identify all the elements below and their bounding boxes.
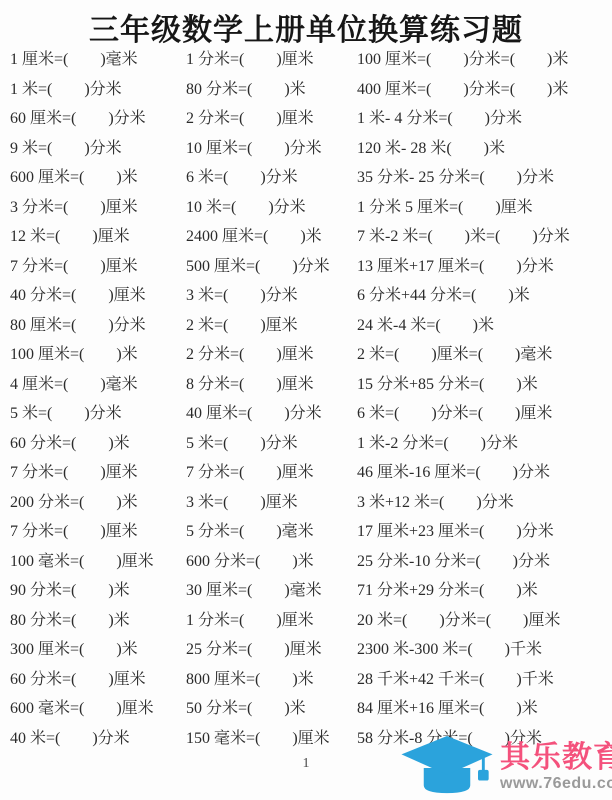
exercise-row: 200 分米=( )米3 米=( )厘米3 米+12 米=( )分米 (10, 486, 610, 516)
exercise-row: 300 厘米=( )米25 分米=( )厘米2300 米-300 米=( )千米 (10, 633, 610, 663)
graduation-cap-icon (398, 735, 496, 797)
exercise-cell: 100 厘米=( )分米=( )米 (357, 46, 610, 69)
exercise-row: 3 分米=( )厘米10 米=( )分米1 分米 5 厘米=( )厘米 (10, 191, 610, 221)
exercise-cell: 60 厘米=( )分米 (10, 105, 186, 128)
exercise-cell: 10 米=( )分米 (186, 194, 357, 217)
exercise-grid: 1 厘米=( )毫米1 分米=( )厘米100 厘米=( )分米=( )米1 米… (10, 43, 610, 751)
exercise-row: 60 分米=( )厘米800 厘米=( )米28 千米+42 千米=( )千米 (10, 663, 610, 693)
exercise-cell: 80 厘米=( )分米 (10, 312, 186, 335)
exercise-cell: 17 厘米+23 厘米=( )分米 (357, 518, 610, 541)
exercise-cell: 40 米=( )分米 (10, 725, 186, 748)
exercise-cell: 3 米+12 米=( )分米 (357, 489, 610, 512)
exercise-cell: 300 厘米=( )米 (10, 636, 186, 659)
exercise-row: 7 分米=( )厘米7 分米=( )厘米46 厘米-16 厘米=( )分米 (10, 456, 610, 486)
exercise-cell: 90 分米=( )米 (10, 577, 186, 600)
exercise-cell: 100 厘米=( )米 (10, 341, 186, 364)
exercise-row: 40 分米=( )厘米3 米=( )分米6 分米+44 分米=( )米 (10, 279, 610, 309)
exercise-cell: 5 米=( )分米 (10, 400, 186, 423)
exercise-row: 7 分米=( )厘米5 分米=( )毫米17 厘米+23 厘米=( )分米 (10, 515, 610, 545)
exercise-cell: 25 分米=( )厘米 (186, 636, 357, 659)
exercise-cell: 12 米=( )厘米 (10, 223, 186, 246)
exercise-cell: 1 米-2 分米=( )分米 (357, 430, 610, 453)
exercise-cell: 6 米=( )分米 (186, 164, 357, 187)
exercise-cell: 400 厘米=( )分米=( )米 (357, 76, 610, 99)
exercise-cell: 1 米=( )分米 (10, 76, 186, 99)
exercise-row: 80 分米=( )米1 分米=( )厘米20 米=( )分米=( )厘米 (10, 604, 610, 634)
exercise-cell: 3 米=( )厘米 (186, 489, 357, 512)
exercise-cell: 60 分米=( )米 (10, 430, 186, 453)
exercise-row: 12 米=( )厘米2400 厘米=( )米7 米-2 米=( )米=( )分米 (10, 220, 610, 250)
exercise-cell: 120 米- 28 米( )米 (357, 135, 610, 158)
exercise-cell: 24 米-4 米=( )米 (357, 312, 610, 335)
exercise-cell: 600 厘米=( )米 (10, 164, 186, 187)
exercise-cell: 80 分米=( )米 (186, 76, 357, 99)
exercise-cell: 25 分米-10 分米=( )分米 (357, 548, 610, 571)
exercise-cell: 6 米=( )分米=( )厘米 (357, 400, 610, 423)
exercise-cell: 7 分米=( )厘米 (10, 518, 186, 541)
exercise-cell: 500 厘米=( )分米 (186, 253, 357, 276)
exercise-cell: 71 分米+29 分米=( )米 (357, 577, 610, 600)
watermark-text: 其乐教育 www.76edu.com (500, 743, 612, 793)
exercise-cell: 200 分米=( )米 (10, 489, 186, 512)
exercise-cell: 7 米-2 米=( )米=( )分米 (357, 223, 610, 246)
exercise-row: 1 厘米=( )毫米1 分米=( )厘米100 厘米=( )分米=( )米 (10, 43, 610, 73)
watermark-brand: 其乐教育 (500, 743, 612, 773)
exercise-cell: 15 分米+85 分米=( )米 (357, 371, 610, 394)
exercise-row: 60 分米=( )米5 米=( )分米1 米-2 分米=( )分米 (10, 427, 610, 457)
watermark-url: www.76edu.com (500, 775, 612, 793)
exercise-cell: 50 分米=( )米 (186, 695, 357, 718)
exercise-cell: 8 分米=( )厘米 (186, 371, 357, 394)
exercise-row: 5 米=( )分米40 厘米=( )分米6 米=( )分米=( )厘米 (10, 397, 610, 427)
exercise-cell: 35 分米- 25 分米=( )分米 (357, 164, 610, 187)
exercise-cell: 1 分米=( )厘米 (186, 46, 357, 69)
exercise-cell: 600 毫米=( )厘米 (10, 695, 186, 718)
exercise-cell: 150 毫米=( )厘米 (186, 725, 357, 748)
exercise-cell: 2400 厘米=( )米 (186, 223, 357, 246)
exercise-cell: 3 米=( )分米 (186, 282, 357, 305)
exercise-row: 100 毫米=( )厘米600 分米=( )米25 分米-10 分米=( )分米 (10, 545, 610, 575)
exercise-row: 7 分米=( )厘米500 厘米=( )分米13 厘米+17 厘米=( )分米 (10, 250, 610, 280)
worksheet-page: 三年级数学上册单位换算练习题 1 厘米=( )毫米1 分米=( )厘米100 厘… (0, 0, 612, 800)
exercise-cell: 6 分米+44 分米=( )米 (357, 282, 610, 305)
exercise-cell: 2 米=( )厘米 (186, 312, 357, 335)
exercise-cell: 20 米=( )分米=( )厘米 (357, 607, 610, 630)
exercise-cell: 10 厘米=( )分米 (186, 135, 357, 158)
exercise-cell: 2300 米-300 米=( )千米 (357, 636, 610, 659)
exercise-row: 1 米=( )分米80 分米=( )米400 厘米=( )分米=( )米 (10, 73, 610, 103)
exercise-cell: 7 分米=( )厘米 (10, 253, 186, 276)
exercise-row: 9 米=( )分米10 厘米=( )分米120 米- 28 米( )米 (10, 132, 610, 162)
exercise-cell: 3 分米=( )厘米 (10, 194, 186, 217)
exercise-cell: 7 分米=( )厘米 (186, 459, 357, 482)
exercise-cell: 28 千米+42 千米=( )千米 (357, 666, 610, 689)
exercise-cell: 2 分米=( )厘米 (186, 341, 357, 364)
exercise-cell: 1 厘米=( )毫米 (10, 46, 186, 69)
exercise-cell: 60 分米=( )厘米 (10, 666, 186, 689)
exercise-row: 90 分米=( )米30 厘米=( )毫米71 分米+29 分米=( )米 (10, 574, 610, 604)
exercise-row: 600 厘米=( )米6 米=( )分米35 分米- 25 分米=( )分米 (10, 161, 610, 191)
exercise-cell: 80 分米=( )米 (10, 607, 186, 630)
exercise-cell: 46 厘米-16 厘米=( )分米 (357, 459, 610, 482)
exercise-cell: 800 厘米=( )米 (186, 666, 357, 689)
exercise-row: 4 厘米=( )毫米8 分米=( )厘米15 分米+85 分米=( )米 (10, 368, 610, 398)
exercise-cell: 40 厘米=( )分米 (186, 400, 357, 423)
exercise-cell: 1 米- 4 分米=( )分米 (357, 105, 610, 128)
exercise-cell: 9 米=( )分米 (10, 135, 186, 158)
exercise-cell: 5 分米=( )毫米 (186, 518, 357, 541)
exercise-row: 80 厘米=( )分米2 米=( )厘米24 米-4 米=( )米 (10, 309, 610, 339)
exercise-cell: 1 分米 5 厘米=( )厘米 (357, 194, 610, 217)
exercise-cell: 2 米=( )厘米=( )毫米 (357, 341, 610, 364)
exercise-cell: 1 分米=( )厘米 (186, 607, 357, 630)
exercise-cell: 7 分米=( )厘米 (10, 459, 186, 482)
exercise-row: 60 厘米=( )分米2 分米=( )厘米1 米- 4 分米=( )分米 (10, 102, 610, 132)
exercise-cell: 30 厘米=( )毫米 (186, 577, 357, 600)
exercise-cell: 84 厘米+16 厘米=( )米 (357, 695, 610, 718)
exercise-cell: 40 分米=( )厘米 (10, 282, 186, 305)
exercise-cell: 5 米=( )分米 (186, 430, 357, 453)
exercise-cell: 4 厘米=( )毫米 (10, 371, 186, 394)
exercise-cell: 600 分米=( )米 (186, 548, 357, 571)
exercise-row: 600 毫米=( )厘米50 分米=( )米84 厘米+16 厘米=( )米 (10, 692, 610, 722)
watermark: 其乐教育 www.76edu.com (398, 735, 612, 797)
exercise-row: 100 厘米=( )米2 分米=( )厘米2 米=( )厘米=( )毫米 (10, 338, 610, 368)
exercise-cell: 100 毫米=( )厘米 (10, 548, 186, 571)
exercise-cell: 2 分米=( )厘米 (186, 105, 357, 128)
exercise-cell: 13 厘米+17 厘米=( )分米 (357, 253, 610, 276)
